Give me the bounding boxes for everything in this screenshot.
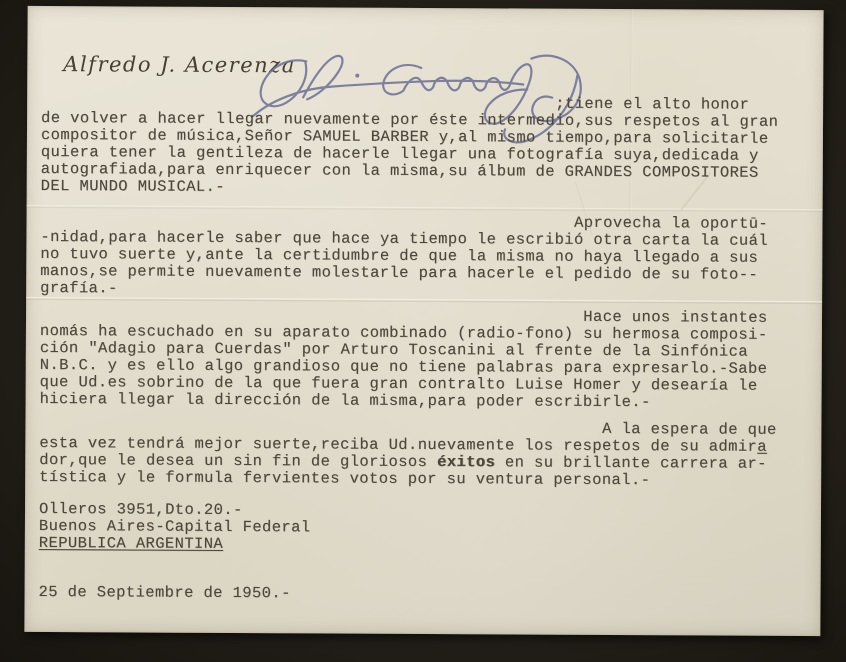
letter-paragraph: Hace unos instantesnomás ha escuchado en… <box>40 306 778 412</box>
letter-text-segment: 25 de Septiembre de 1950.- <box>39 583 291 602</box>
letter-paper: Alfredo J. Acerenza ;tiene el alto honor… <box>24 6 823 636</box>
letter-paragraph: 25 de Septiembre de 1950.- <box>39 584 776 605</box>
letter-text-segment: hiciera llegar la dirección de la misma,… <box>40 390 651 411</box>
letter-paragraph: A la espera de queesta vez tendrá mejor … <box>39 418 777 490</box>
letter-line: 25 de Septiembre de 1950.- <box>39 584 776 605</box>
letter-line: REPUBLICA ARGENTINA <box>39 535 776 556</box>
letter-text-segment: REPUBLICA ARGENTINA <box>39 534 223 553</box>
letter-paragraph: Aprovecha la oportū--nidad,para hacerle … <box>40 212 778 301</box>
letter-text-segment: grafía.- <box>40 279 118 297</box>
letter-body: ;tiene el alto honorde volver a hacer ll… <box>39 93 779 605</box>
letter-text-segment: manos,se permite nuevamente molestarle p… <box>40 262 758 284</box>
letter-text-segment: a <box>757 438 767 456</box>
letter-paragraph: ;tiene el alto honorde volver a hacer ll… <box>41 93 779 199</box>
letter-paragraph: Olleros 3951,Dto.20.-Buenos Aires-Capita… <box>39 501 777 556</box>
letter-text-segment: tística y le formula fervientes votos po… <box>39 468 650 489</box>
scanned-letter-photo: Alfredo J. Acerenza ;tiene el alto honor… <box>0 0 846 662</box>
letter-text-segment: DEL MUNDO MUSICAL.- <box>41 177 225 196</box>
letter-text-segment: éxitos <box>437 453 495 471</box>
